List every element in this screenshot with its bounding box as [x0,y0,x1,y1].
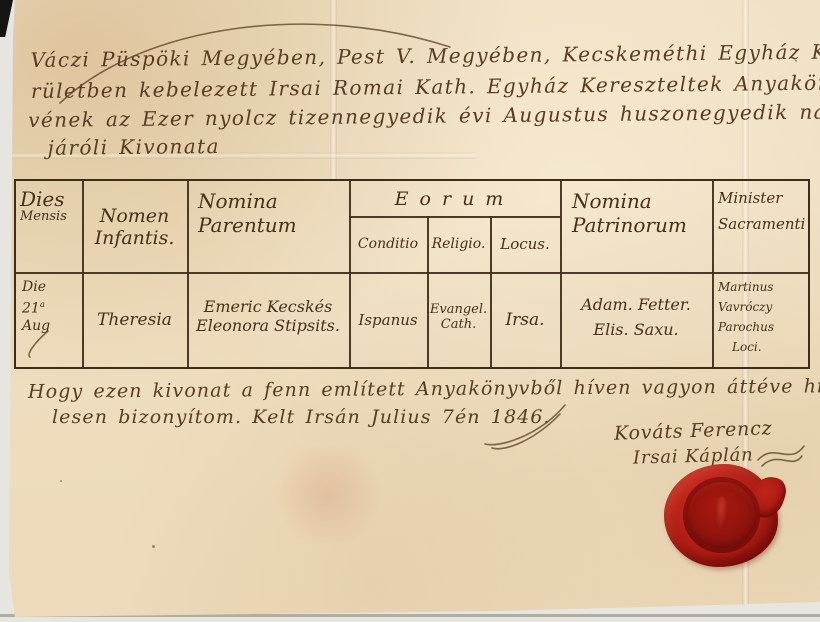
record-day: Die 21a Aug [22,279,50,335]
record-patrini: Adam. Fetter. Elis. Saxu. [560,272,712,362]
header-locus: Locus. [490,219,560,269]
header-nomen-infantis: Nomen Infantis. [82,187,187,267]
record-locus: Irsa. [490,272,560,367]
header-conditio: Conditio [349,219,427,269]
paper-speck [60,480,62,482]
header-nomina-parentum: Nomina Parentum [198,189,297,237]
pen-flourish [24,329,54,359]
pen-flourish [756,440,806,470]
wax-seal-emboss [683,477,760,553]
record-conditio: Ispanus [349,272,427,367]
signature-name: Kováts Ferencz [614,417,773,445]
header-eorum: Eorum [349,183,560,215]
paper-speck [152,545,155,548]
record-parents: Emeric Kecskés Eleonora Stipsits. [187,272,349,360]
header-minister-sacramenti: Minister Sacramenti [718,189,805,233]
wax-seal-figure [713,497,729,532]
table-line [349,216,560,218]
scanned-baptismal-certificate: Váczi Püspöki Megyében, Pest V. Megyében… [0,0,820,622]
scan-edge-artifact [0,0,13,37]
closing-line: lesen bizonyítom. Kelt Irsán Julius 7én … [52,406,551,428]
paper-sheet: Váczi Püspöki Megyében, Pest V. Megyében… [0,0,820,622]
record-religio: Evangel. Cath. [427,272,490,362]
table-line [712,181,714,367]
wax-seal [664,464,778,567]
intro-line: járóli Kivonata [47,134,220,160]
paper-stain [268,444,388,544]
header-dies-mensis: Dies Mensis [20,187,80,224]
record-infant-name: Theresia [82,272,187,367]
closing-line: Hogy ezen kivonat a fenn említett Anyakö… [28,375,820,403]
registry-table: Dies Mensis Nomen Infantis. Nomina Paren… [14,179,810,369]
intro-paragraph: Váczi Püspöki Megyében, Pest V. Megyében… [0,0,820,4]
header-nomina-patrinorum: Nomina Patrinorum [572,189,687,237]
record-minister: Martinus Vavróczy Parochus Loci. [718,277,774,357]
pen-flourish [480,400,570,450]
header-religio: Religio. [427,219,490,269]
